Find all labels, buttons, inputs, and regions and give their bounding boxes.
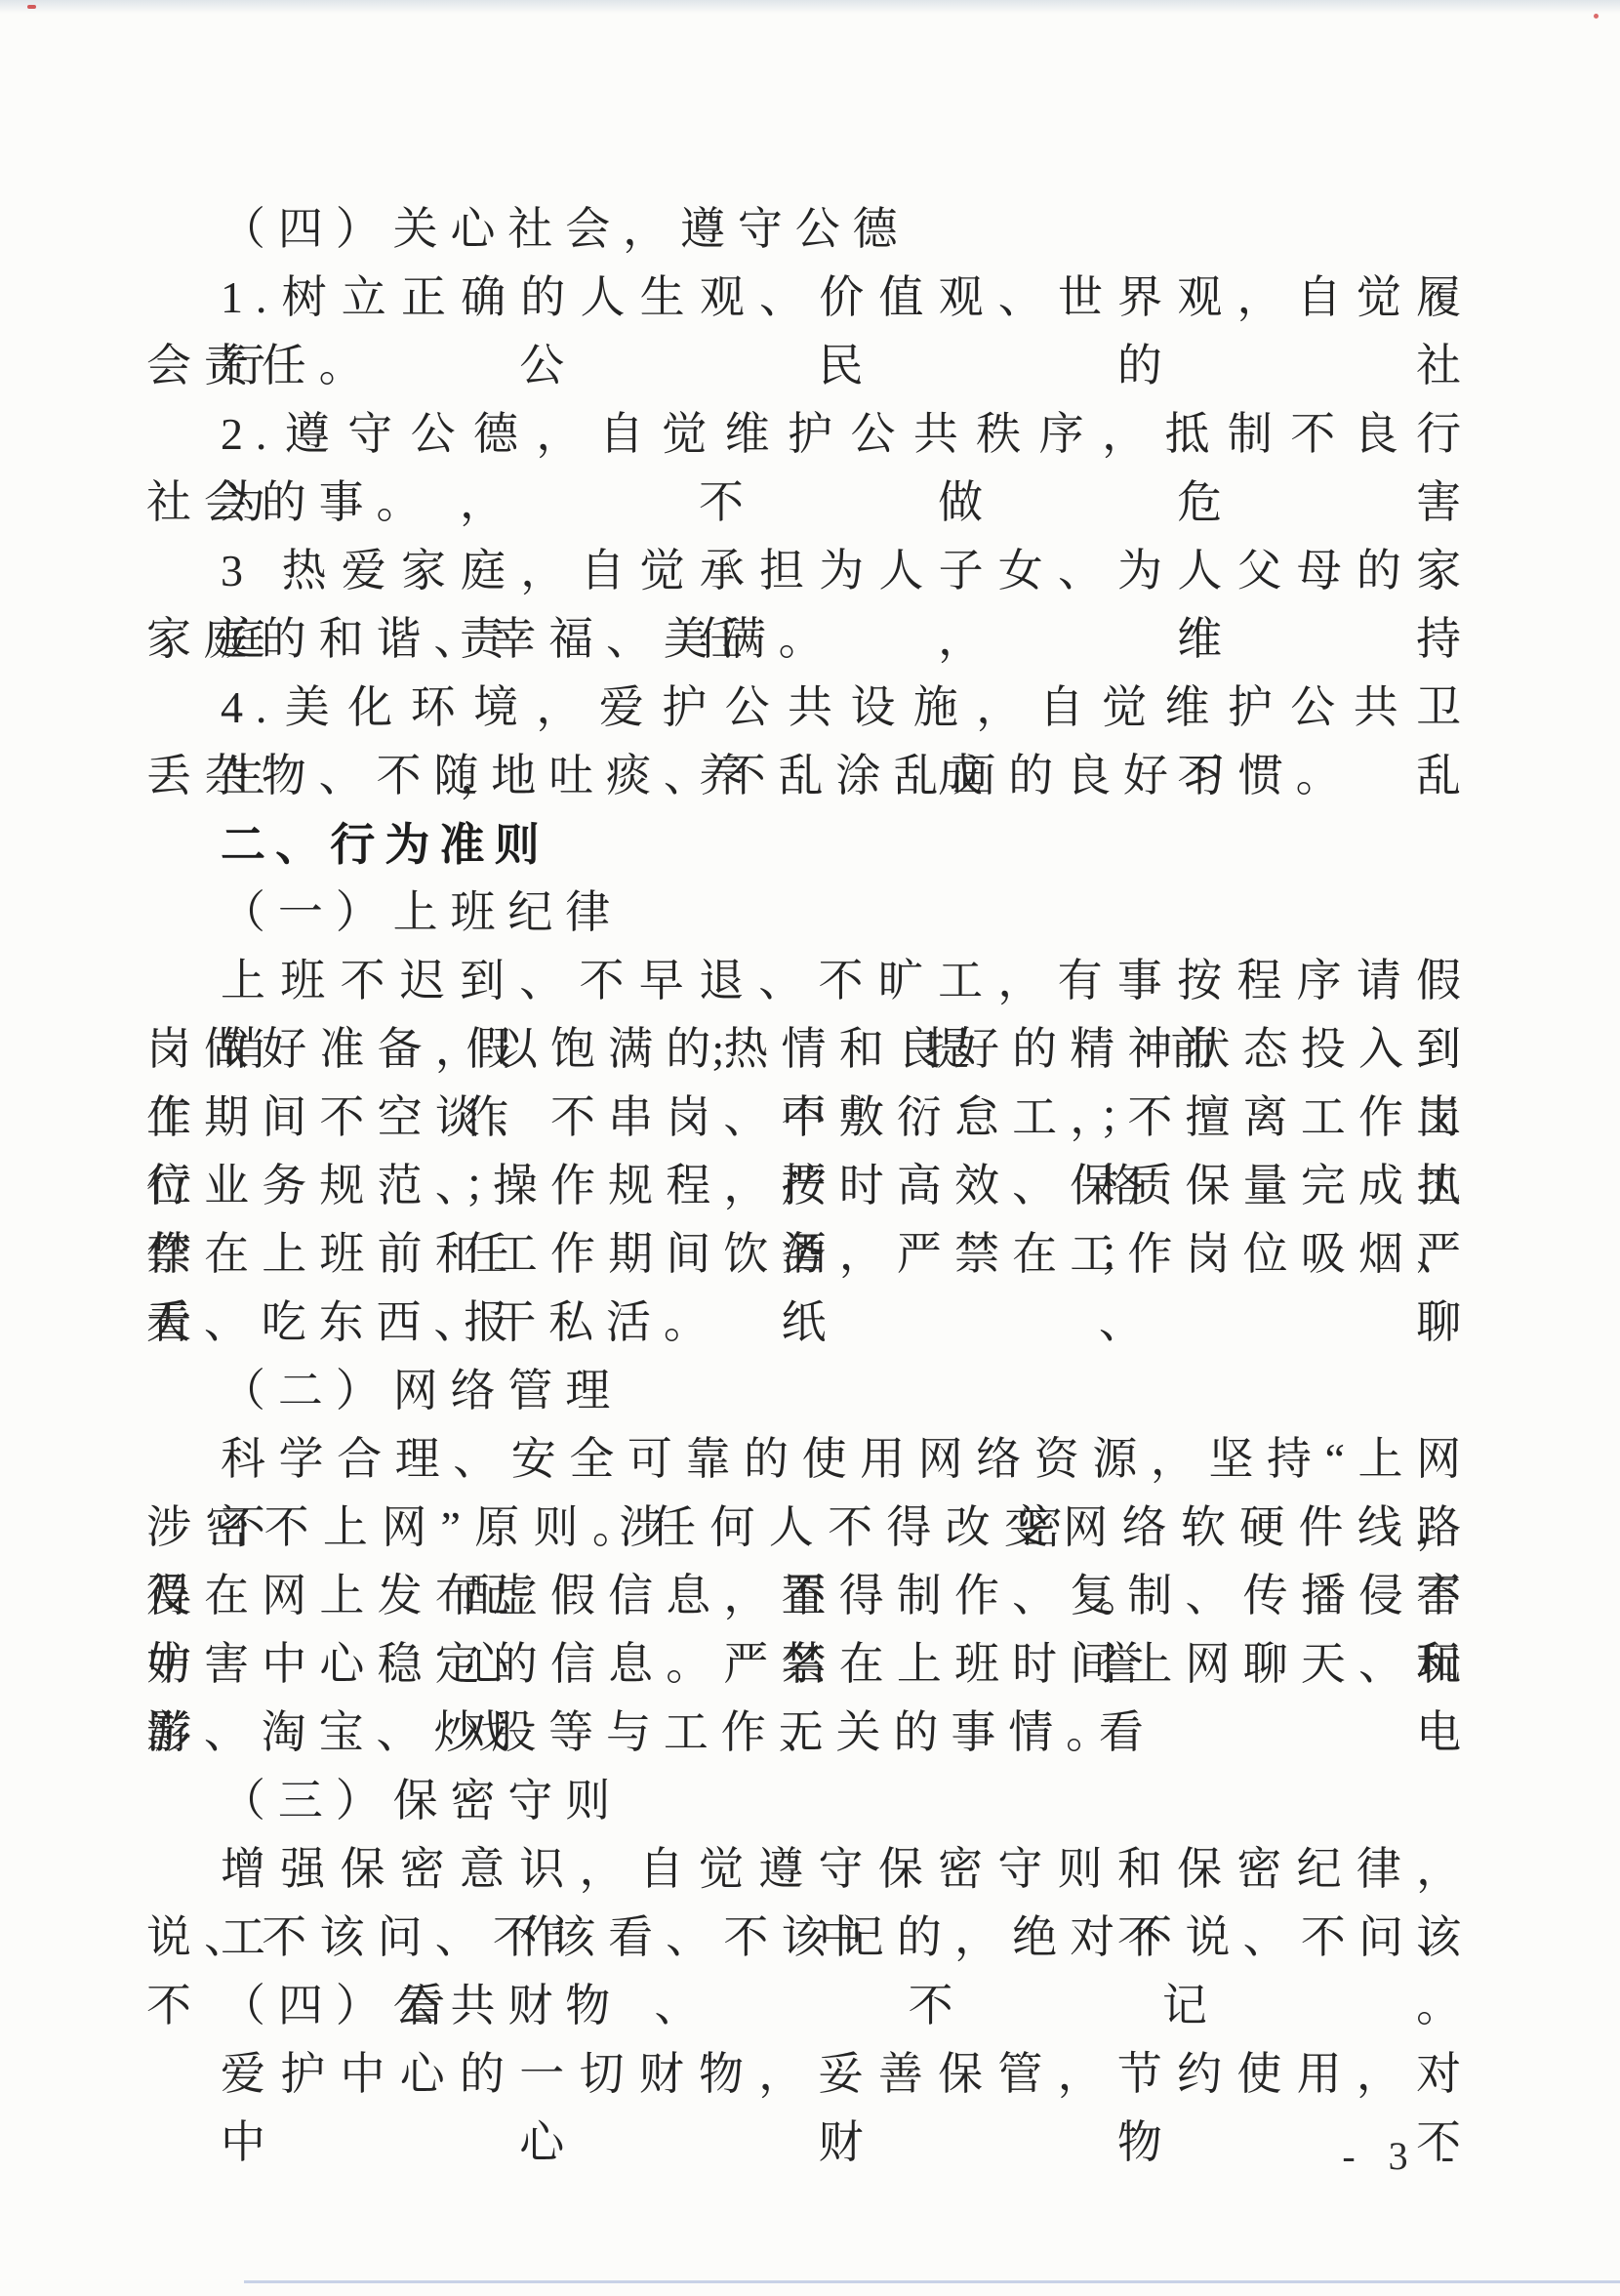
- text-line: 3 热爱家庭，自觉承担为人子女、为人父母的家庭责任，维持: [146, 537, 1474, 605]
- paragraph: 上班不迟到、不早退、不旷工，有事按程序请假销假;提前到岗做好准备，以饱满的热情和…: [146, 947, 1474, 1357]
- scan-artifact-red-speck-left: [27, 5, 36, 9]
- sub-heading: （二）网络管理: [146, 1357, 1474, 1425]
- paragraph: 爱护中心的一切财物，妥善保管，节约使用，对中心财物不: [146, 2040, 1474, 2109]
- sub-heading: （三）保密守则: [146, 1767, 1474, 1835]
- text-line: （一）上班纪律: [146, 879, 1474, 947]
- text-line: 4.美化环境，爱护公共设施，自觉维护公共卫生，养成不乱: [146, 674, 1474, 742]
- text-line: （四）关心社会，遵守公德: [146, 195, 1474, 264]
- text-line: 1.树立正确的人生观、价值观、世界观，自觉履行公民的社: [146, 264, 1474, 332]
- text-line: 丢杂物、不随地吐痰、不乱涂乱画的良好习惯。: [146, 742, 1474, 810]
- paragraph: 3 热爱家庭，自觉承担为人子女、为人父母的家庭责任，维持家庭的和谐、幸福、美满。: [146, 537, 1474, 674]
- scan-artifact-top-strip: [0, 0, 1620, 14]
- document-body: （四）关心社会，遵守公德1.树立正确的人生观、价值观、世界观，自觉履行公民的社会…: [146, 195, 1474, 2109]
- text-line: （二）网络管理: [146, 1357, 1474, 1425]
- paragraph: 增强保密意识，自觉遵守保密守则和保密纪律，工作中不该说、不该问、不该看、不该记的…: [146, 1835, 1474, 1972]
- text-line: 涉密不上网”原则。任何人不得改变网络软硬件线路及配置。不: [146, 1494, 1474, 1562]
- paragraph: 4.美化环境，爱护公共设施，自觉维护公共卫生，养成不乱丢杂物、不随地吐痰、不乱涂…: [146, 674, 1474, 810]
- text-line: 禁在上班前和工作期间饮酒，严禁在工作岗位吸烟、看报纸、聊: [146, 1220, 1474, 1289]
- text-line: （三）保密守则: [146, 1767, 1474, 1835]
- paragraph: 1.树立正确的人生观、价值观、世界观，自觉履行公民的社会责任。: [146, 264, 1474, 400]
- text-line: 说、不该问、不该看、不该记的，绝对不说、不问、不看、不记。: [146, 1904, 1474, 1972]
- text-line: 2.遵守公德，自觉维护公共秩序，抵制不良行为，不做危害: [146, 400, 1474, 469]
- text-line: 增强保密意识，自觉遵守保密守则和保密纪律，工作中不该: [146, 1835, 1474, 1904]
- scan-artifact-bottom-line: [244, 2280, 1620, 2283]
- paragraph: 2.遵守公德，自觉维护公共秩序，抵制不良行为，不做危害社会的事。: [146, 400, 1474, 537]
- text-line: 妨害中心稳定的信息。严禁在上班时间上网聊天、玩游戏、看电: [146, 1630, 1474, 1699]
- sub-heading: （一）上班纪律: [146, 879, 1474, 947]
- text-line: 上班不迟到、不早退、不旷工，有事按程序请假销假;提前到: [146, 947, 1474, 1015]
- paragraph: 科学合理、安全可靠的使用网络资源，坚持“上网不涉密，涉密不上网”原则。任何人不得…: [146, 1425, 1474, 1767]
- sub-heading: （四）关心社会，遵守公德: [146, 195, 1474, 264]
- text-line: 作期间不空谈、不串岗、不敷衍怠工，不擅离工作岗位；严格执: [146, 1084, 1474, 1152]
- scanned-document-page: （四）关心社会，遵守公德1.树立正确的人生观、价值观、世界观，自觉履行公民的社会…: [0, 0, 1620, 2296]
- text-line: 科学合理、安全可靠的使用网络资源，坚持“上网不涉密，: [146, 1425, 1474, 1494]
- page-number: - 3 -: [1342, 2133, 1466, 2179]
- text-line: 二、行为准则: [146, 810, 1474, 879]
- scan-artifact-red-speck-right: [1594, 14, 1599, 19]
- text-line: 爱护中心的一切财物，妥善保管，节约使用，对中心财物不: [146, 2040, 1474, 2109]
- text-line: 岗做好准备，以饱满的热情和良好的精神状态投入到工作中；工: [146, 1015, 1474, 1084]
- text-line: 行业务规范、操作规程，按时高效、保质保量完成工作任务；严: [146, 1152, 1474, 1220]
- text-line: 得在网上发布虚假信息，不得制作、复制、传播侵害中心名誉和: [146, 1562, 1474, 1630]
- section-heading: 二、行为准则: [146, 810, 1474, 879]
